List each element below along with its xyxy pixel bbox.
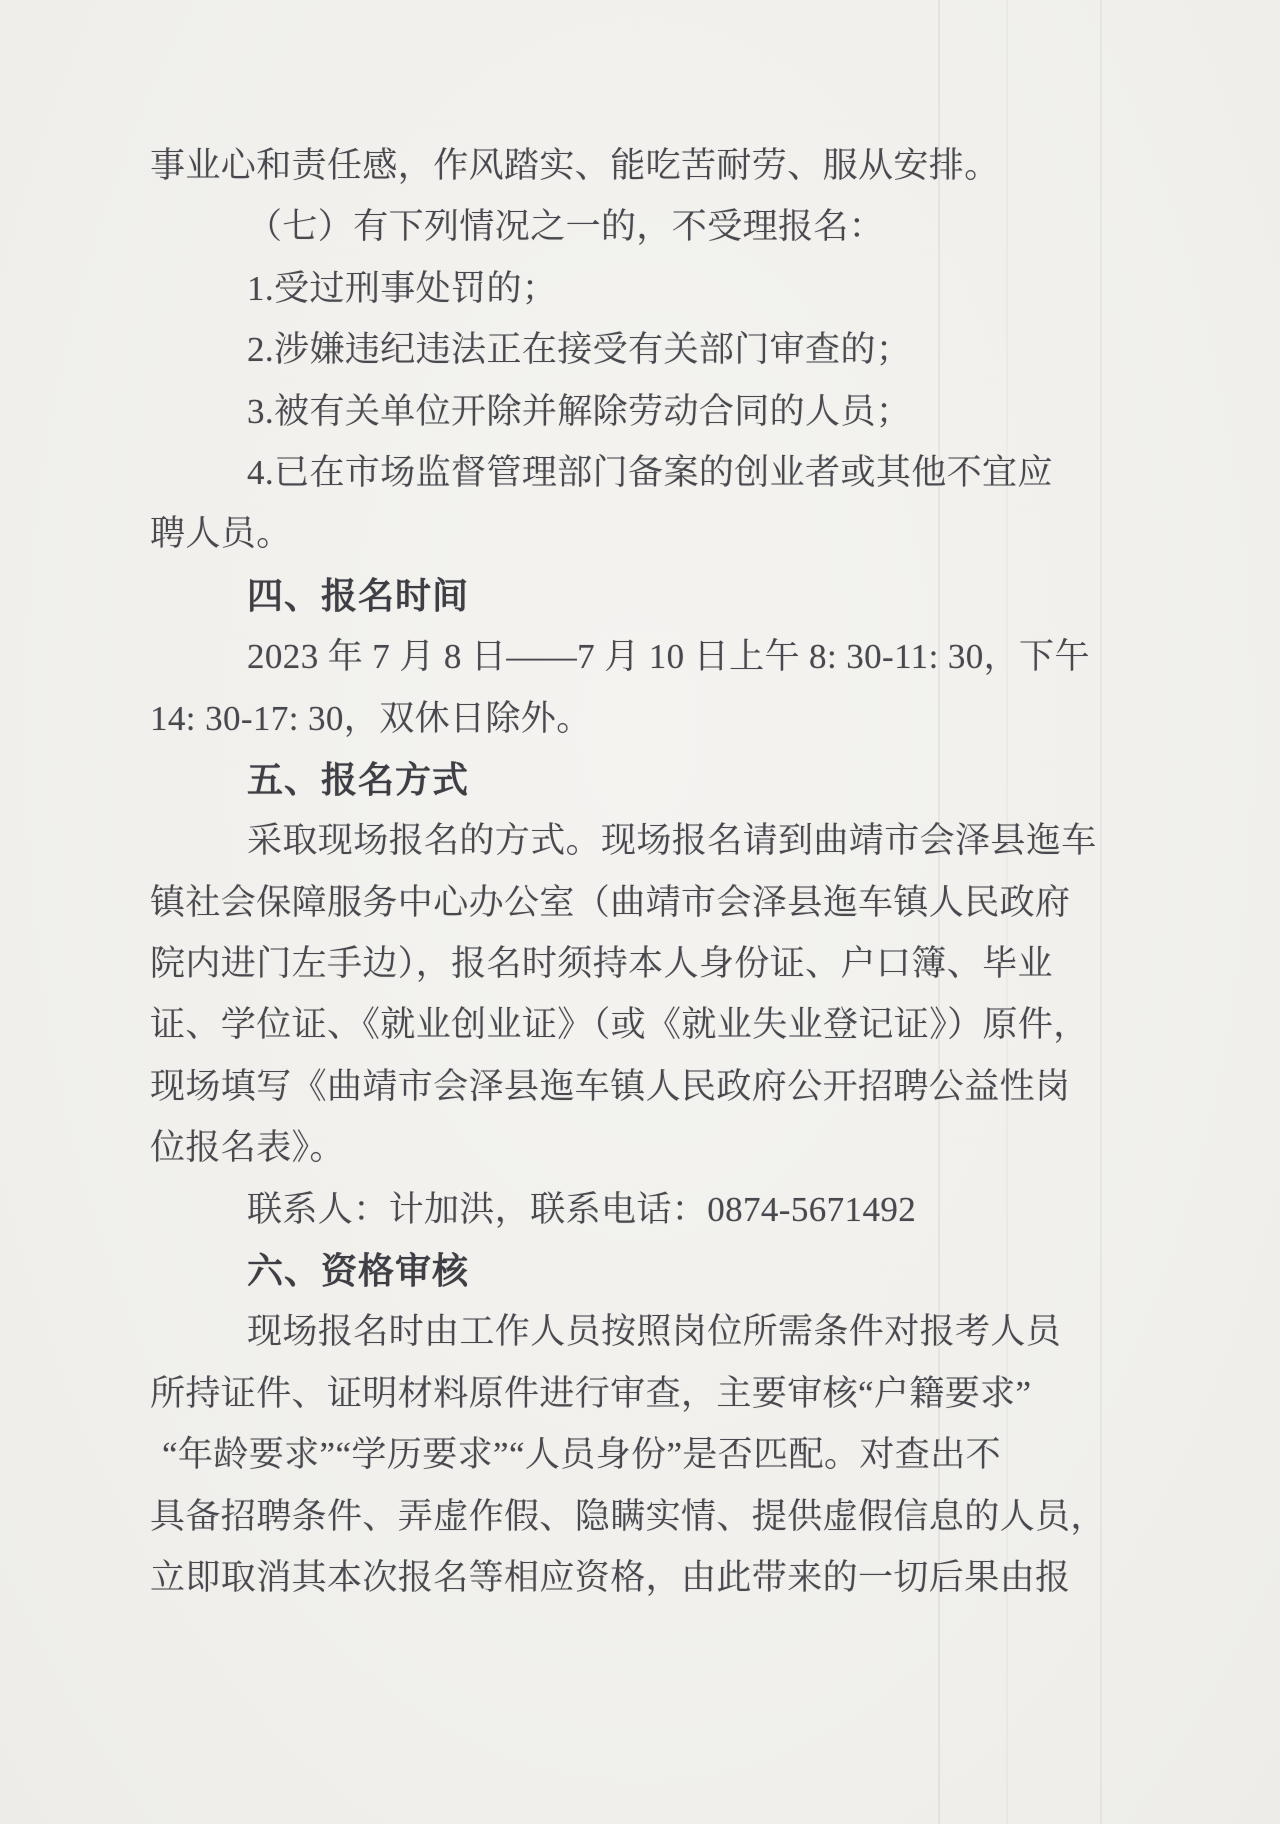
document-text-block: 事业心和责任感，作风踏实、能吃苦耐劳、服从安排。 （七）有下列情况之一的，不受理… — [150, 135, 1150, 1608]
line-review-5: 立即取消其本次报名等相应资格，由此带来的一切后果由报 — [150, 1547, 1150, 1608]
line-method-3: 院内进门左手边），报名时须持本人身份证、户口簿、毕业 — [150, 933, 1150, 994]
line-registration-date-continued: 14: 30-17: 30，双休日除外。 — [150, 688, 1150, 749]
line-review-1: 现场报名时由工作人员按照岗位所需条件对报考人员 — [150, 1301, 1150, 1362]
line-review-4: 具备招聘条件、弄虚作假、隐瞒实情、提供虚假信息的人员， — [150, 1486, 1150, 1547]
line-item-4: 4.已在市场监督管理部门备案的创业者或其他不宜应 — [150, 442, 1150, 503]
line-method-2: 镇社会保障服务中心办公室（曲靖市会泽县迤车镇人民政府 — [150, 872, 1150, 933]
heading-registration-method: 五、报名方式 — [150, 749, 1150, 810]
line-method-5: 现场填写《曲靖市会泽县迤车镇人民政府公开招聘公益性岗 — [150, 1056, 1150, 1117]
line-item-3: 3.被有关单位开除并解除劳动合同的人员； — [150, 381, 1150, 442]
heading-qualification-review: 六、资格审核 — [150, 1240, 1150, 1301]
line-qualities: 事业心和责任感，作风踏实、能吃苦耐劳、服从安排。 — [150, 135, 1150, 196]
line-review-3: “年龄要求”“学历要求”“人员身份”是否匹配。对查出不 — [150, 1424, 1150, 1485]
line-item-2: 2.涉嫌违纪违法正在接受有关部门审查的； — [150, 319, 1150, 380]
line-method-6: 位报名表》。 — [150, 1117, 1150, 1178]
line-registration-date: 2023 年 7 月 8 日——7 月 10 日上午 8: 30-11: 30，… — [150, 626, 1150, 687]
heading-registration-time: 四、报名时间 — [150, 565, 1150, 626]
document-page: 事业心和责任感，作风踏实、能吃苦耐劳、服从安排。 （七）有下列情况之一的，不受理… — [0, 0, 1280, 1824]
line-review-2: 所持证件、证明材料原件进行审查，主要审核“户籍要求” — [150, 1363, 1150, 1424]
line-method-1: 采取现场报名的方式。现场报名请到曲靖市会泽县迤车 — [150, 810, 1150, 871]
line-item-1: 1.受过刑事处罚的； — [150, 258, 1150, 319]
scanned-document-page: { "document": { "language": "zh-CN", "pa… — [0, 0, 1280, 1824]
line-item-4-continued: 聘人员。 — [150, 503, 1150, 564]
line-method-4: 证、学位证、《就业创业证》（或《就业失业登记证》）原件， — [150, 994, 1150, 1055]
line-contact-info: 联系人：计加洪，联系电话：0874-5671492 — [150, 1179, 1150, 1240]
line-clause-7: （七）有下列情况之一的，不受理报名： — [150, 196, 1150, 257]
